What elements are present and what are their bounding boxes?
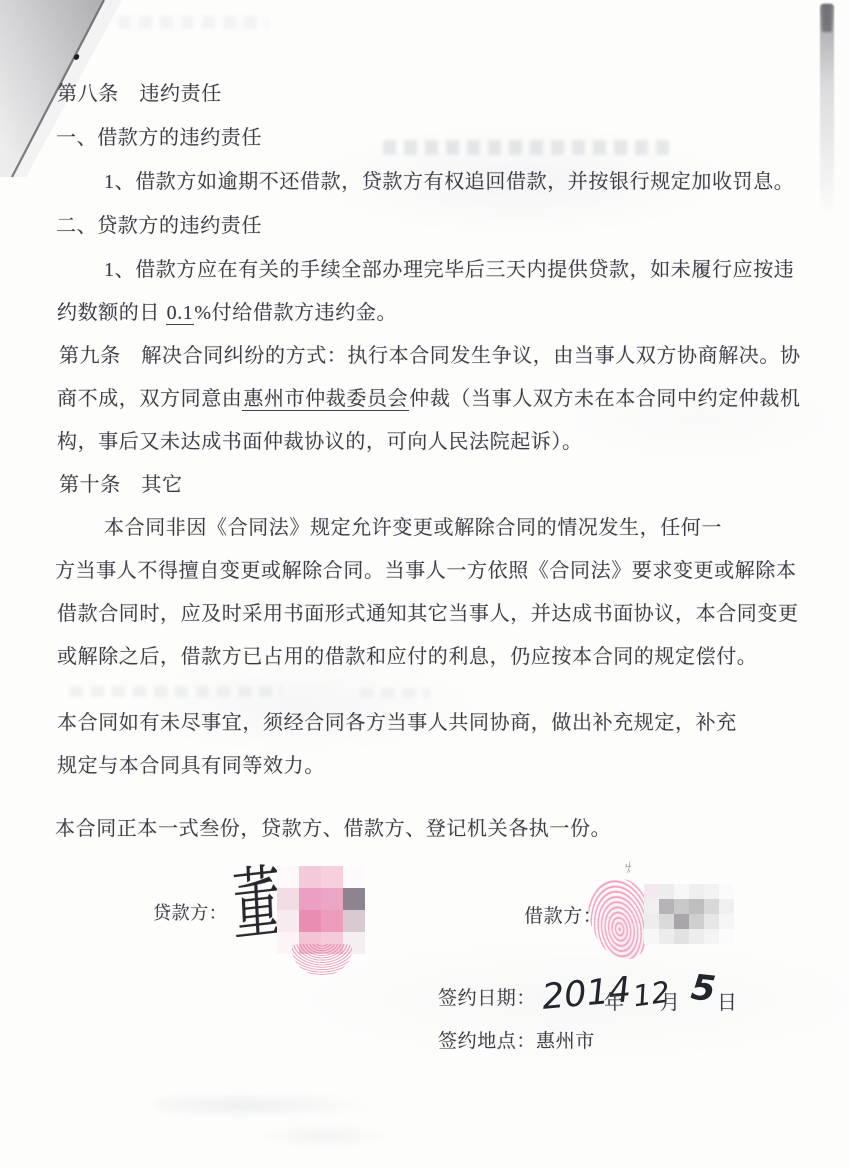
lender-fingerprint-tip (292, 944, 352, 976)
lender-signature-redaction-mosaic (277, 866, 365, 954)
article-9-line-3: 构，事后又未达成书面仲裁协议的，可向人民法院起诉）。 (57, 428, 583, 456)
supplement-line-2: 规定与本合同具有同等效力。 (57, 752, 325, 780)
clause-text: %付给借款方违约金。 (194, 302, 397, 324)
signing-place-row: 签约地点：惠州市 (438, 1028, 595, 1056)
section-2-heading: 二、贷款方的违约责任 (56, 212, 262, 240)
scan-smudge (248, 1126, 398, 1146)
article-10-line-4: 或解除之后，借款方已占用的借款和应付的利息，仍应按本合同的规定偿付。 (57, 643, 757, 671)
clause-8-2-1-line-2: 约数额的日 0.1%付给借款方违约金。 (57, 299, 397, 327)
lender-handwritten-signature: 董 (231, 863, 283, 946)
copies-clause: 本合同正本一式叁份，贷款方、借款方、登记机关各执一份。 (55, 815, 611, 843)
article-10-line-1: 本合同非因《合同法》规定允许变更或解除合同的情况发生，任何一 (104, 514, 722, 542)
clause-text: 商不成，双方同意由 (57, 388, 242, 410)
underlined-arbitration-commission: 惠州市仲裁委员会 (242, 388, 409, 411)
day-unit: 日 (717, 986, 737, 1015)
showthrough-ghost-text (118, 16, 268, 29)
scanned-contract-page: 第八条 违约责任 一、借款方的违约责任 1、借款方如逾期不还借款，贷款方有权追回… (0, 0, 850, 1169)
signing-place-label: 签约地点： (438, 1031, 536, 1052)
signing-date-label: 签约日期： (438, 985, 536, 1013)
month-unit: 月 (660, 986, 680, 1015)
article-9-line-1: 第九条 解决合同纠纷的方式：执行本合同发生争议，由当事人双方协商解决。协 (59, 342, 801, 370)
clause-text: 仲裁（当事人双方未在本合同中约定仲裁机 (409, 388, 800, 410)
article-8-heading: 第八条 违约责任 (57, 80, 222, 108)
clause-text: 约数额的日 (57, 302, 166, 324)
supplement-line-1: 本合同如有未尽事宜，须经合同各方当事人共同协商，做出补充规定，补充 (57, 709, 737, 737)
showthrough-ghost-text (360, 688, 430, 698)
year-unit: 年 (604, 986, 624, 1015)
showthrough-ghost-text (70, 686, 282, 697)
handwritten-day: 5 (689, 971, 717, 1008)
article-10-line-3: 借款合同时，应及时采用书面形式通知其它当事人，并达成书面协议，本合同变更 (57, 600, 799, 628)
underlined-rate-value: 0.1 (166, 302, 195, 325)
borrower-name-redaction-mosaic (644, 884, 734, 944)
page-edge-shadow-top (822, 4, 832, 32)
article-10-heading: 第十条 其它 (59, 471, 183, 499)
clause-8-1-1: 1、借款方如逾期不还借款，贷款方有权追回借款，并按银行规定加收罚息。 (104, 168, 794, 196)
page-edge-shadow (820, 4, 834, 216)
scan-smudge (150, 1092, 380, 1118)
article-9-line-2: 商不成，双方同意由惠州市仲裁委员会仲裁（当事人双方未在本合同中约定仲裁机 (57, 385, 801, 413)
clause-8-2-1-line-1: 1、借款方应在有关的手续全部办理完毕后三天内提供贷款，如未履行应按违 (104, 256, 794, 284)
section-1-heading: 一、借款方的违约责任 (56, 124, 262, 152)
lender-label: 贷款方： (153, 899, 227, 927)
article-10-line-2: 方当事人不得擅自变更或解除合同。当事人一方依照《合同法》要求变更或解除本 (55, 557, 797, 585)
showthrough-ghost-text (383, 140, 675, 155)
signing-place-value: 惠州市 (536, 1031, 595, 1052)
